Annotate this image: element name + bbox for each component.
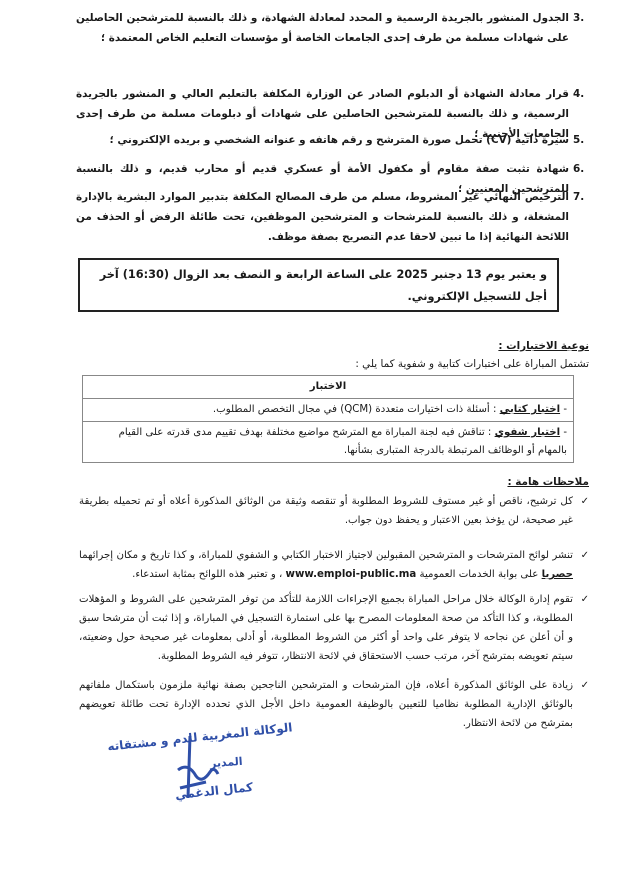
signature-stamp: الوكالة المغربية للدم و مشتقاته المدير ك… <box>118 728 303 828</box>
item-text: الترخيص النهائي غير المشروط، مسلم من طرف… <box>76 187 569 247</box>
exam-description: : أسئلة ذات اختيارات متعددة (QCM) في مجا… <box>213 404 500 415</box>
portal-link[interactable]: www.emploi-public.ma <box>286 569 417 580</box>
exams-table-header: الاختبار <box>83 376 574 399</box>
list-item-7: 7. الترخيص النهائي غير المشروط، مسلم من … <box>76 187 591 247</box>
emphasis-exclusively: حصريا <box>542 569 573 580</box>
checkmark-icon: ✓ <box>577 590 589 609</box>
item-text: سيرة ذاتية (CV) تحمل صورة المترشح و رقم … <box>76 130 569 150</box>
note-item: ✓ تنشر لوائح المترشحات و المترشحين المقب… <box>79 546 589 584</box>
deadline-notice-box: و يعتبر يوم 13 دجنبر 2025 على الساعة الر… <box>78 258 559 312</box>
list-item-3: 3. الجدول المنشور بالجريدة الرسمية و الم… <box>76 8 591 48</box>
item-number: 6. <box>573 159 591 179</box>
note-item: ✓ كل ترشيح، ناقص أو غير مستوف للشروط الم… <box>79 492 589 530</box>
checkmark-icon: ✓ <box>577 676 589 695</box>
item-number: 4. <box>573 84 591 104</box>
exam-type-oral: اختبار شفوي <box>495 427 560 438</box>
note-item: ✓ زيادة على الوثائق المذكورة أعلاه، فإن … <box>79 676 589 733</box>
item-number: 3. <box>573 8 591 28</box>
item-number: 7. <box>573 187 591 207</box>
list-item-5: 5. سيرة ذاتية (CV) تحمل صورة المترشح و ر… <box>76 130 591 150</box>
document-page: 3. الجدول المنشور بالجريدة الرسمية و الم… <box>0 0 633 889</box>
notes-section-title: ملاحظات هامة : <box>507 476 589 488</box>
signature-role: المدير <box>210 755 243 770</box>
exams-section-title: نوعية الاختبارات : <box>498 340 589 352</box>
exams-table: الاختبار - اختبار كتابي : أسئلة ذات اختي… <box>82 375 574 463</box>
item-text: الجدول المنشور بالجريدة الرسمية و المحدد… <box>76 8 569 48</box>
note-item: ✓ تقوم إدارة الوكالة خلال مراحل المباراة… <box>79 590 589 666</box>
exam-type-written: اختبار كتابي <box>500 404 560 415</box>
checkmark-icon: ✓ <box>577 546 589 565</box>
exams-intro: تشتمل المباراة على اختبارات كتابية و شفو… <box>355 358 589 370</box>
checkmark-icon: ✓ <box>577 492 589 511</box>
table-row: - اختبار شفوي : تناقش فيه لجنة المباراة … <box>83 422 574 463</box>
item-number: 5. <box>573 130 591 150</box>
table-row: - اختبار كتابي : أسئلة ذات اختيارات متعد… <box>83 399 574 422</box>
